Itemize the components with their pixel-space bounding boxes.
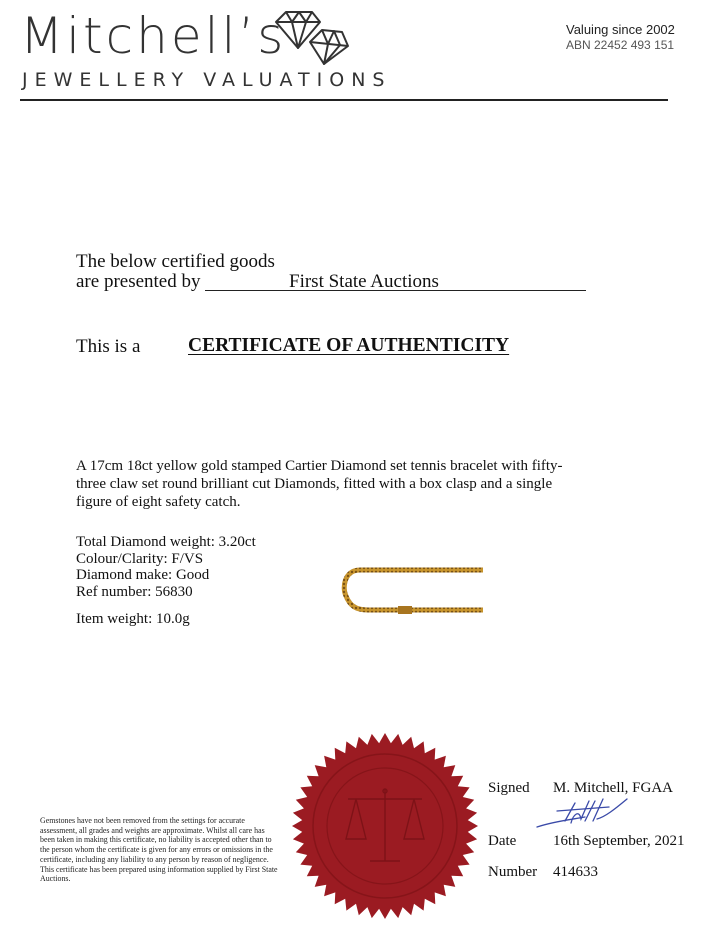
presentation-line-1: The below certified goods: [76, 251, 275, 273]
spec-diamond-weight: Total Diamond weight: 3.20ct: [76, 534, 256, 551]
date-label: Date: [488, 833, 516, 850]
certificate-number: 414633: [553, 864, 598, 881]
spec-ref-number: Ref number: 56830: [76, 584, 256, 601]
signed-label: Signed: [488, 780, 530, 797]
date-value: 16th September, 2021: [553, 833, 684, 850]
certificate-title: CERTIFICATE OF AUTHENTICITY: [188, 335, 509, 357]
item-weight: Item weight: 10.0g: [76, 611, 190, 628]
disclaimer-text: Gemstones have not been removed from the…: [40, 816, 280, 884]
item-specs: Total Diamond weight: 3.20ct Colour/Clar…: [76, 534, 256, 600]
presenter-field: First State Auctions: [205, 271, 586, 291]
brand-name: Mitchell’s: [20, 6, 286, 66]
presenter-name: First State Auctions: [289, 271, 439, 293]
abn-number: ABN 22452 493 151: [566, 38, 674, 52]
diamond-icon: [272, 8, 352, 66]
tagline: Valuing since 2002: [566, 22, 675, 37]
header-divider: [20, 99, 668, 101]
brand-subtitle: JEWELLERY VALUATIONS: [22, 68, 392, 92]
bracelet-photo: [338, 562, 483, 620]
certificate-prefix: This is a: [76, 336, 140, 358]
spec-diamond-make: Diamond make: Good: [76, 567, 256, 584]
presentation-line-2: are presented by: [76, 271, 201, 293]
number-label: Number: [488, 864, 537, 881]
signatory-name: M. Mitchell, FGAA: [553, 780, 673, 797]
handwritten-signature: [535, 797, 665, 829]
item-description: A 17cm 18ct yellow gold stamped Cartier …: [76, 457, 576, 511]
wax-seal: [290, 731, 480, 921]
spec-colour-clarity: Colour/Clarity: F/VS: [76, 551, 256, 568]
